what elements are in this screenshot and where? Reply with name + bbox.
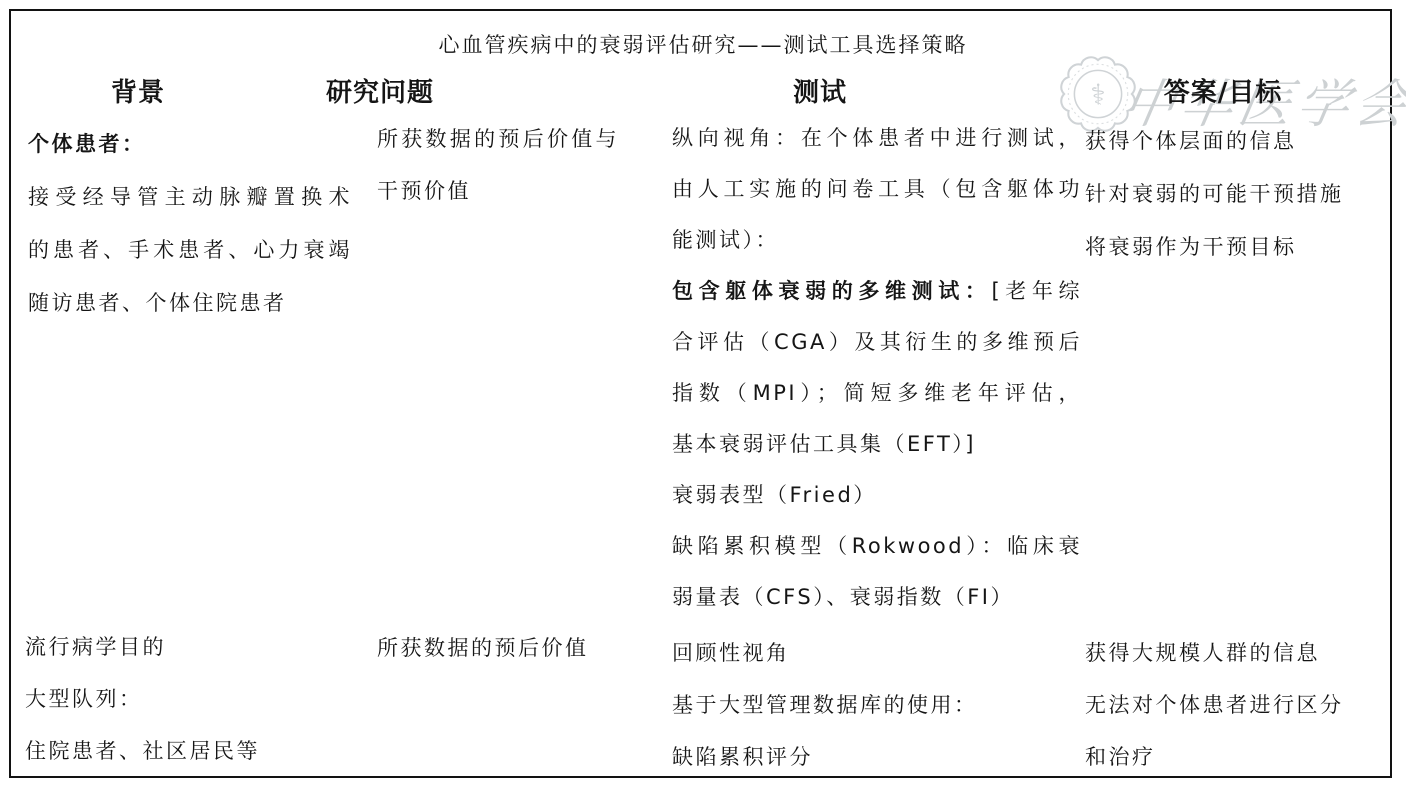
bold-test-label: 包含躯体衰弱的多维测试： — [672, 279, 991, 303]
cell-row2-answer: 获得大规模人群的信息 无法对个体患者进行区分 和治疗 — [1085, 627, 1385, 783]
cell-row1-background: 个体患者： 接受经导管主动脉瓣置换术 的患者、手术患者、心力衰竭 随访患者、个体… — [28, 118, 352, 330]
column-header-tests: 测试 — [793, 72, 847, 109]
text-line: 获得个体层面的信息 — [1085, 115, 1385, 168]
text-line: 由人工实施的问卷工具（包含躯体功 — [672, 164, 1082, 215]
text-line: 和治疗 — [1085, 731, 1385, 783]
cell-row1-tests: 纵向视角：在个体患者中进行测试， 由人工实施的问卷工具（包含躯体功 能测试）： … — [672, 113, 1082, 623]
text-line: 接受经导管主动脉瓣置换术 — [28, 171, 352, 224]
text-line: 的患者、手术患者、心力衰竭 — [28, 224, 352, 277]
text-line: 针对衰弱的可能干预措施 — [1085, 168, 1385, 221]
text-line: 流行病学目的 — [25, 621, 349, 673]
text-line: 将衰弱作为干预目标 — [1085, 221, 1385, 274]
text-line: 所获数据的预后价值 — [377, 622, 619, 674]
text-line: 所获数据的预后价值与 — [377, 113, 619, 165]
text-line: 随访患者、个体住院患者 — [28, 277, 352, 330]
text-line: 基于大型管理数据库的使用： — [672, 679, 1082, 731]
text-line: 衰弱表型（Fried） — [672, 470, 1082, 521]
text-line: 基本衰弱评估工具集（EFT）] — [672, 419, 1082, 470]
text-line: 合评估（CGA）及其衍生的多维预后 — [672, 317, 1082, 368]
text-line: 缺陷累积模型（Rokwood）：临床衰 — [672, 521, 1082, 572]
cell-row1-answer: 获得个体层面的信息 针对衰弱的可能干预措施 将衰弱作为干预目标 — [1085, 115, 1385, 274]
column-header-answer: 答案/目标 — [1164, 72, 1283, 109]
text-line: 获得大规模人群的信息 — [1085, 627, 1385, 679]
text-line: 指数（MPI）；简短多维老年评估， — [672, 368, 1082, 419]
text-line: 干预价值 — [377, 165, 619, 217]
table-title: 心血管疾病中的衰弱评估研究——测试工具选择策略 — [0, 29, 1406, 59]
text-line: 回顾性视角 — [672, 627, 1082, 679]
cell-row2-background: 流行病学目的 大型队列： 住院患者、社区居民等 — [25, 621, 349, 777]
text-line: 弱量表（CFS）、衰弱指数（FI） — [672, 572, 1082, 623]
text-line: 缺陷累积评分 — [672, 731, 1082, 783]
text-span: [老年综 — [991, 279, 1082, 303]
text-line: 住院患者、社区居民等 — [25, 725, 349, 777]
column-header-background: 背景 — [111, 72, 165, 109]
text-line: 大型队列： — [25, 673, 349, 725]
document-page: 心血管疾病中的衰弱评估研究——测试工具选择策略 ⚕ 中华医学会 背景 研究问题 … — [0, 0, 1406, 792]
text-line: 无法对个体患者进行区分 — [1085, 679, 1385, 731]
text-line: 能测试）： — [672, 215, 1082, 266]
text-line: 包含躯体衰弱的多维测试：[老年综 — [672, 266, 1082, 317]
cell-row1-question: 所获数据的预后价值与 干预价值 — [377, 113, 619, 217]
text-line: 个体患者： — [28, 118, 352, 171]
cell-row2-question: 所获数据的预后价值 — [377, 622, 619, 674]
text-line: 纵向视角：在个体患者中进行测试， — [672, 113, 1082, 164]
column-header-question: 研究问题 — [326, 72, 434, 109]
cell-row2-tests: 回顾性视角 基于大型管理数据库的使用： 缺陷累积评分 — [672, 627, 1082, 783]
caduceus-glyph: ⚕ — [1090, 77, 1106, 111]
